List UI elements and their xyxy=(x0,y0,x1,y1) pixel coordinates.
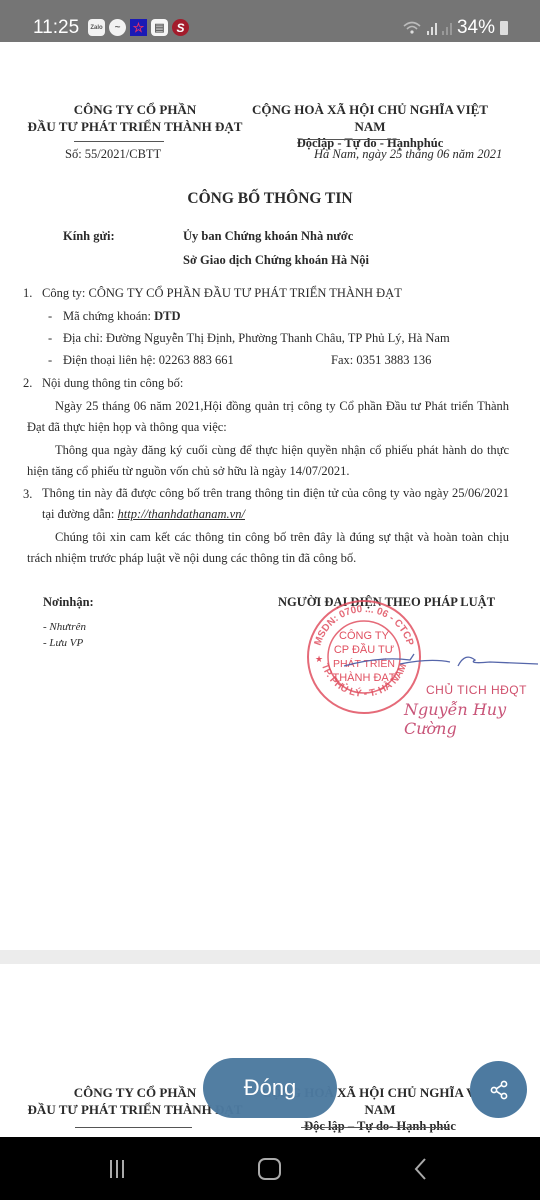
signer-title: CHỦ TICH HĐQT xyxy=(426,683,527,697)
company-header: CÔNG TY CỔ PHẦN ĐẦU TƯ PHÁT TRIỂN THÀNH … xyxy=(0,101,270,135)
signal-icon xyxy=(427,21,437,35)
share-icon xyxy=(488,1079,510,1101)
stock-code-label: Mã chứng khoán: xyxy=(63,309,154,323)
signer-name: Nguyễn Huy Cường xyxy=(404,700,540,738)
section1-number: 1. xyxy=(23,286,32,301)
recents-icon xyxy=(107,1158,127,1180)
svg-text:★: ★ xyxy=(315,654,323,664)
company-website-link[interactable]: http://thanhdathanam.vn/ xyxy=(118,507,245,521)
fax: Fax: 0351 3883 136 xyxy=(331,353,431,368)
address: Địa chỉ: Đường Nguyễn Thị Định, Phường T… xyxy=(63,331,450,346)
status-indicators: 34% xyxy=(402,17,508,39)
stock-code: DTD xyxy=(154,309,180,323)
close-button[interactable]: Đóng xyxy=(203,1058,337,1118)
recipients-footer-1: - Nhưtrên xyxy=(43,621,86,633)
section2-heading: Nội dung thông tin công bố: xyxy=(42,376,183,391)
home-icon xyxy=(257,1157,283,1181)
section3-text: Thông tin này đã được công bố trên trang… xyxy=(42,483,509,525)
page2-underline-right xyxy=(301,1127,449,1128)
svg-text:CÔNG TY: CÔNG TY xyxy=(339,629,390,642)
s-app-icon: S xyxy=(172,19,189,36)
status-bar: 11:25 Zalo ~ ☆ ▤ S 34% xyxy=(0,0,540,42)
section2-number: 2. xyxy=(23,376,32,391)
home-button[interactable] xyxy=(250,1152,290,1186)
bullet: - xyxy=(48,331,52,346)
notification-icons: Zalo ~ ☆ ▤ S xyxy=(88,19,189,36)
nation-header: CỘNG HOÀ XÃ HỘI CHỦ NGHĨA VIỆT NAM Độclậ… xyxy=(235,101,505,152)
commitment-paragraph: Chúng tôi xin cam kết các thông tin công… xyxy=(27,527,509,569)
recipients-label: Kính gửi: xyxy=(63,229,115,244)
document-number: Số: 55/2021/CBTT xyxy=(65,147,161,162)
battery-percent: 34% xyxy=(457,17,495,39)
nation-line1: CỘNG HOÀ XÃ HỘI CHỦ NGHĨA VIỆT NAM xyxy=(235,101,505,135)
header-underline-left xyxy=(74,141,164,142)
bullet: - xyxy=(48,309,52,324)
section2-paragraph2: Thông qua ngày đăng ký cuối cùng để thực… xyxy=(27,440,509,482)
recents-button[interactable] xyxy=(97,1152,137,1186)
company-name-line2: ĐẦU TƯ PHÁT TRIỂN THÀNH ĐẠT xyxy=(0,118,270,135)
place-date: Hà Nam, ngày 25 tháng 06 năm 2021 xyxy=(314,147,502,162)
status-time: 11:25 xyxy=(33,17,79,39)
phone: Điện thoại liên hệ: 02263 883 661 xyxy=(63,353,234,368)
section2-paragraph1: Ngày 25 tháng 06 năm 2021,Hội đồng quản … xyxy=(27,396,509,438)
section1-company: Công ty: CÔNG TY CỔ PHẦN ĐẦU TƯ PHÁT TRI… xyxy=(42,286,402,301)
signal-2-icon xyxy=(442,21,452,35)
recipients-footer-2: - Lưu VP xyxy=(43,637,83,649)
section3-body: Thông tin này đã được công bố trên trang… xyxy=(42,486,509,521)
stock-code-line: Mã chứng khoán: DTD xyxy=(63,309,181,324)
page-separator xyxy=(0,950,540,964)
share-button[interactable] xyxy=(470,1061,527,1118)
document-title: CÔNG BỐ THÔNG TIN xyxy=(0,190,540,208)
section3-number: 3. xyxy=(23,487,32,502)
navigation-bar xyxy=(0,1137,540,1200)
handwritten-signature xyxy=(340,648,540,674)
header-underline-right xyxy=(300,139,400,140)
back-icon xyxy=(412,1157,428,1181)
messenger-icon: ~ xyxy=(109,19,126,36)
wifi-icon xyxy=(402,20,422,36)
battery-charging-icon xyxy=(500,21,508,35)
bullet: - xyxy=(48,353,52,368)
flipboard-icon: ▤ xyxy=(151,19,168,36)
recipient-1: Ủy ban Chứng khoán Nhà nước xyxy=(183,229,353,244)
zalo-icon: Zalo xyxy=(88,19,105,36)
star-app-icon: ☆ xyxy=(130,19,147,36)
back-button[interactable] xyxy=(400,1152,440,1186)
recipients-footer-label: Nơinhận: xyxy=(43,595,94,610)
page2-underline-left xyxy=(75,1127,192,1128)
recipient-2: Sở Giao dịch Chứng khoán Hà Nội xyxy=(183,253,369,268)
company-name-line1: CÔNG TY CỔ PHẦN xyxy=(0,101,270,118)
